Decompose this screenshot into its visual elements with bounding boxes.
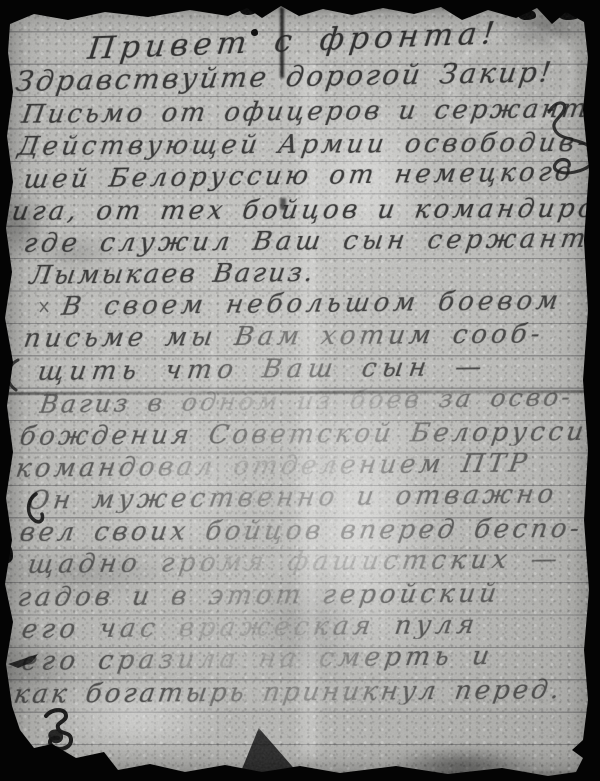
scan-vignette <box>0 0 600 781</box>
letter-paper: Привет с фронта! Здравствуйте дорогой За… <box>0 0 600 781</box>
edge-tear-left <box>0 700 7 720</box>
edge-blob-top <box>402 1 422 9</box>
edge-blob-top <box>300 3 312 10</box>
scan-background: Привет с фронта! Здравствуйте дорогой За… <box>0 0 600 781</box>
